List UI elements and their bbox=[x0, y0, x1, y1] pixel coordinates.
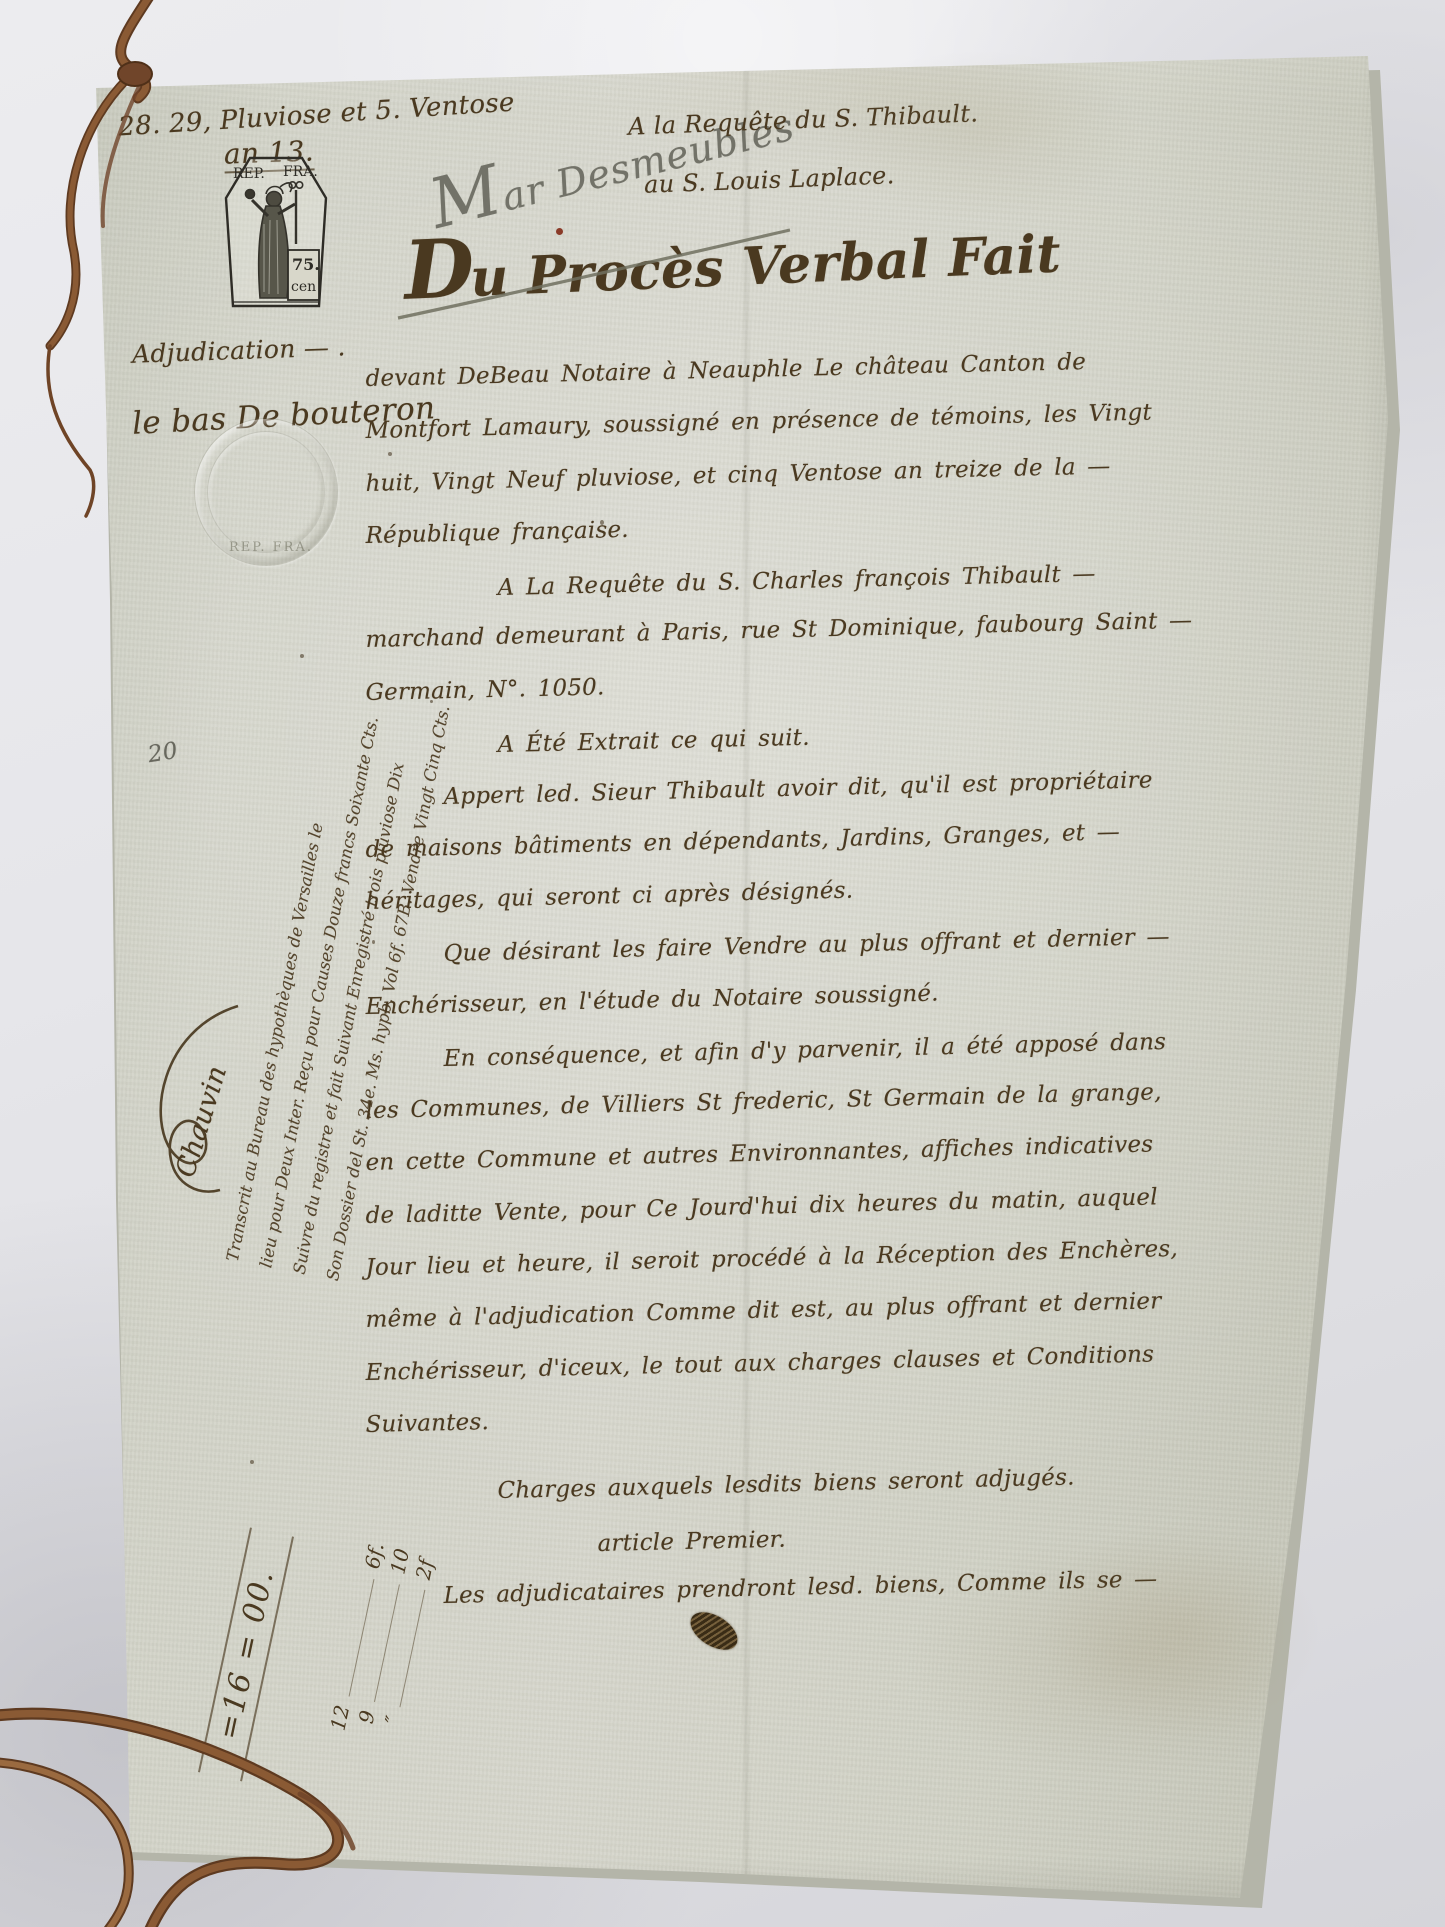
binding-twine bbox=[0, 0, 1445, 1927]
photograph-of-notarial-document: 28. 29, Pluviose et 5. Ventose an 13. Ma… bbox=[0, 0, 1445, 1927]
twine-bottom-left bbox=[0, 1714, 353, 1927]
twine-top-left bbox=[48, 0, 152, 516]
